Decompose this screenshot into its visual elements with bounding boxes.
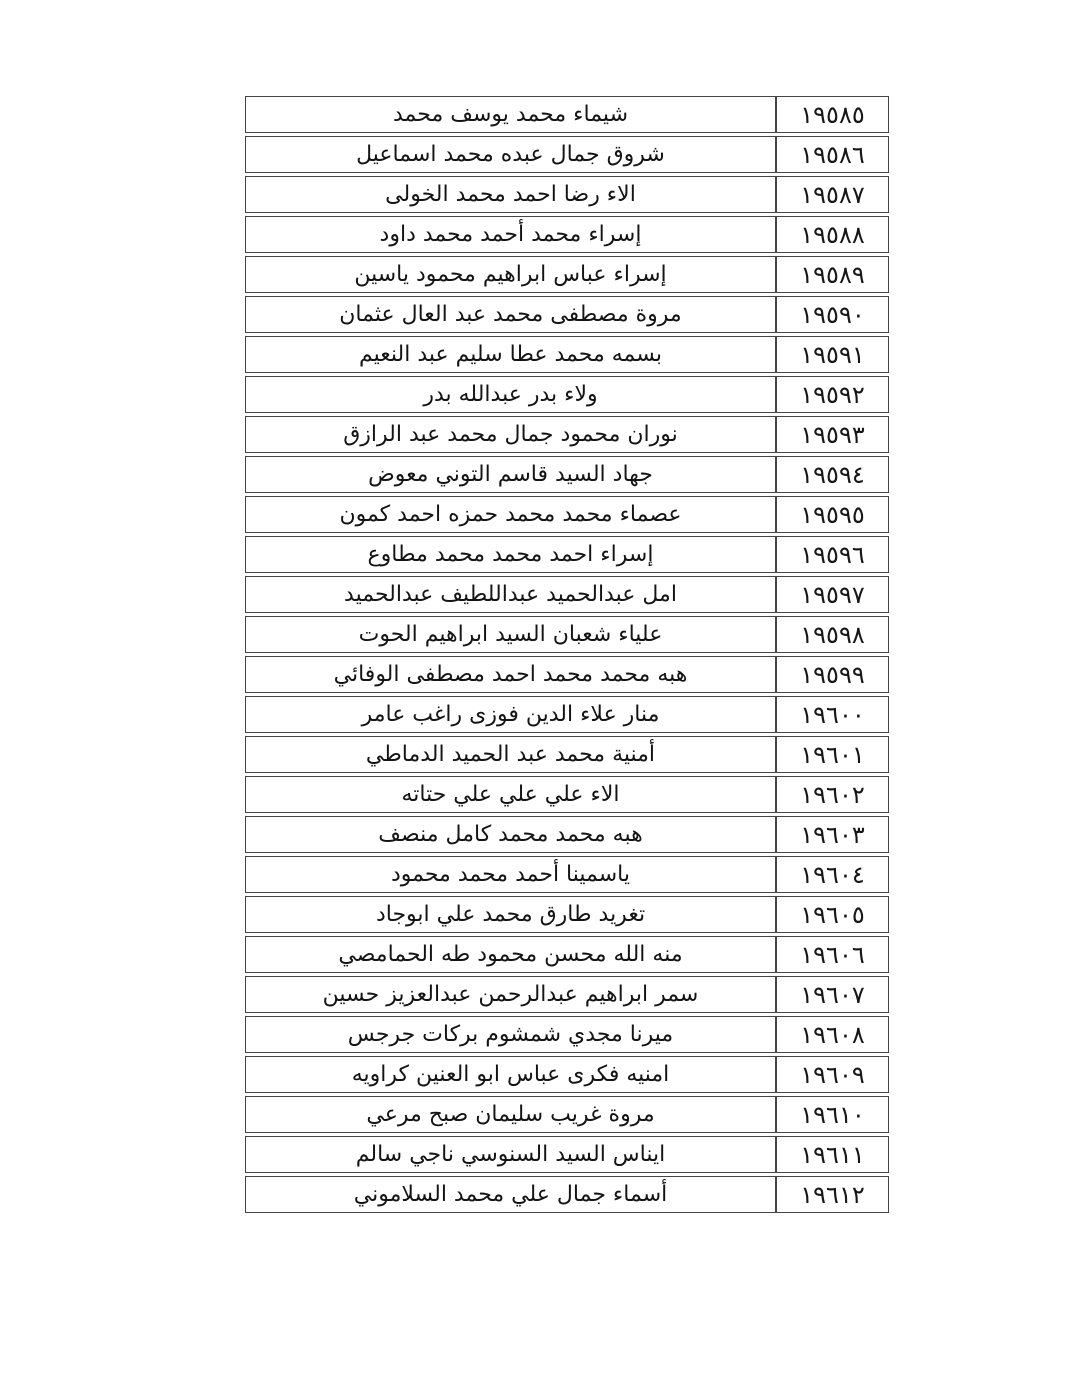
table-row: ١٩٥٩١ بسمه محمد عطا سليم عبد النعيم (245, 336, 889, 373)
serial-cell: ١٩٦٠٥ (776, 896, 889, 933)
serial-cell: ١٩٥٩٤ (776, 456, 889, 493)
table-row: ١٩٦١٠ مروة غريب سليمان صبح مرعي (245, 1096, 889, 1133)
serial-cell: ١٩٦١٠ (776, 1096, 889, 1133)
name-cell: مروة مصطفى محمد عبد العال عثمان (245, 296, 776, 333)
name-cell: هبه محمد محمد كامل منصف (245, 816, 776, 853)
name-cell: عصماء محمد محمد حمزه احمد كمون (245, 496, 776, 533)
table-row: ١٩٥٨٧ الاء رضا احمد محمد الخولى (245, 176, 889, 213)
table-row: ١٩٦٠٦ منه الله محسن محمود طه الحمامصي (245, 936, 889, 973)
serial-cell: ١٩٦٠٨ (776, 1016, 889, 1053)
name-cell: تغريد طارق محمد علي ابوجاد (245, 896, 776, 933)
table-row: ١٩٦٠٨ ميرنا مجدي شمشوم بركات جرجس (245, 1016, 889, 1053)
name-cell: سمر ابراهيم عبدالرحمن عبدالعزيز حسين (245, 976, 776, 1013)
name-cell: إسراء محمد أحمد محمد داود (245, 216, 776, 253)
serial-cell: ١٩٦٠٢ (776, 776, 889, 813)
serial-cell: ١٩٦٠٦ (776, 936, 889, 973)
table-row: ١٩٦١١ ايناس السيد السنوسي ناجي سالم (245, 1136, 889, 1173)
name-cell: شيماء محمد يوسف محمد (245, 96, 776, 133)
table-row: ١٩٥٩٤ جهاد السيد قاسم التوني معوض (245, 456, 889, 493)
table-row: ١٩٦٠٤ ياسمينا أحمد محمد محمود (245, 856, 889, 893)
table-row: ١٩٦٠١ أمنية محمد عبد الحميد الدماطي (245, 736, 889, 773)
serial-cell: ١٩٥٩٨ (776, 616, 889, 653)
serial-cell: ١٩٦٠٧ (776, 976, 889, 1013)
name-cell: منار علاء الدين فوزى راغب عامر (245, 696, 776, 733)
table-row: ١٩٦٠٥ تغريد طارق محمد علي ابوجاد (245, 896, 889, 933)
table-row: ١٩٦٠٢ الاء علي علي علي حتاته (245, 776, 889, 813)
name-cell: إسراء احمد محمد محمد مطاوع (245, 536, 776, 573)
serial-cell: ١٩٥٩٢ (776, 376, 889, 413)
table-row: ١٩٥٨٩ إسراء عباس ابراهيم محمود ياسين (245, 256, 889, 293)
roster-table: ١٩٥٨٥ شيماء محمد يوسف محمد ١٩٥٨٦ شروق جم… (245, 93, 889, 1216)
serial-cell: ١٩٥٨٥ (776, 96, 889, 133)
serial-cell: ١٩٥٩١ (776, 336, 889, 373)
serial-cell: ١٩٦٠٩ (776, 1056, 889, 1093)
table-row: ١٩٥٨٦ شروق جمال عبده محمد اسماعيل (245, 136, 889, 173)
name-cell: مروة غريب سليمان صبح مرعي (245, 1096, 776, 1133)
name-cell: امل عبدالحميد عبداللطيف عبدالحميد (245, 576, 776, 613)
name-cell: الاء رضا احمد محمد الخولى (245, 176, 776, 213)
serial-cell: ١٩٦٠٣ (776, 816, 889, 853)
serial-cell: ١٩٥٩٦ (776, 536, 889, 573)
table-row: ١٩٥٩٦ إسراء احمد محمد محمد مطاوع (245, 536, 889, 573)
table-row: ١٩٥٩٧ امل عبدالحميد عبداللطيف عبدالحميد (245, 576, 889, 613)
name-cell: بسمه محمد عطا سليم عبد النعيم (245, 336, 776, 373)
table-row: ١٩٥٨٨ إسراء محمد أحمد محمد داود (245, 216, 889, 253)
name-cell: إسراء عباس ابراهيم محمود ياسين (245, 256, 776, 293)
table-row: ١٩٥٩٨ علياء شعبان السيد ابراهيم الحوت (245, 616, 889, 653)
table-row: ١٩٦٠٩ امنيه فكرى عباس ابو العنين كراويه (245, 1056, 889, 1093)
serial-cell: ١٩٦١٢ (776, 1176, 889, 1213)
serial-cell: ١٩٦٠١ (776, 736, 889, 773)
name-cell: جهاد السيد قاسم التوني معوض (245, 456, 776, 493)
serial-cell: ١٩٥٨٧ (776, 176, 889, 213)
table-row: ١٩٥٩٩ هبه محمد محمد احمد مصطفى الوفائي (245, 656, 889, 693)
table-row: ١٩٥٩٢ ولاء بدر عبدالله بدر (245, 376, 889, 413)
name-cell: أمنية محمد عبد الحميد الدماطي (245, 736, 776, 773)
serial-cell: ١٩٥٩٥ (776, 496, 889, 533)
table-row: ١٩٦٠٣ هبه محمد محمد كامل منصف (245, 816, 889, 853)
table-row: ١٩٦١٢ أسماء جمال علي محمد السلاموني (245, 1176, 889, 1213)
table-row: ١٩٥٩٠ مروة مصطفى محمد عبد العال عثمان (245, 296, 889, 333)
serial-cell: ١٩٦١١ (776, 1136, 889, 1173)
name-cell: شروق جمال عبده محمد اسماعيل (245, 136, 776, 173)
table-row: ١٩٥٩٣ نوران محمود جمال محمد عبد الرازق (245, 416, 889, 453)
name-cell: أسماء جمال علي محمد السلاموني (245, 1176, 776, 1213)
name-cell: هبه محمد محمد احمد مصطفى الوفائي (245, 656, 776, 693)
name-cell: علياء شعبان السيد ابراهيم الحوت (245, 616, 776, 653)
name-cell: ايناس السيد السنوسي ناجي سالم (245, 1136, 776, 1173)
name-cell: ولاء بدر عبدالله بدر (245, 376, 776, 413)
name-cell: امنيه فكرى عباس ابو العنين كراويه (245, 1056, 776, 1093)
serial-cell: ١٩٥٨٦ (776, 136, 889, 173)
roster-table-body: ١٩٥٨٥ شيماء محمد يوسف محمد ١٩٥٨٦ شروق جم… (245, 96, 889, 1213)
serial-cell: ١٩٥٩٧ (776, 576, 889, 613)
serial-cell: ١٩٥٨٩ (776, 256, 889, 293)
serial-cell: ١٩٥٩٩ (776, 656, 889, 693)
name-cell: ياسمينا أحمد محمد محمود (245, 856, 776, 893)
table-row: ١٩٦٠٠ منار علاء الدين فوزى راغب عامر (245, 696, 889, 733)
serial-cell: ١٩٥٩٣ (776, 416, 889, 453)
serial-cell: ١٩٥٩٠ (776, 296, 889, 333)
serial-cell: ١٩٦٠٠ (776, 696, 889, 733)
serial-cell: ١٩٥٨٨ (776, 216, 889, 253)
table-row: ١٩٦٠٧ سمر ابراهيم عبدالرحمن عبدالعزيز حس… (245, 976, 889, 1013)
table-row: ١٩٥٩٥ عصماء محمد محمد حمزه احمد كمون (245, 496, 889, 533)
serial-cell: ١٩٦٠٤ (776, 856, 889, 893)
name-cell: نوران محمود جمال محمد عبد الرازق (245, 416, 776, 453)
name-cell: ميرنا مجدي شمشوم بركات جرجس (245, 1016, 776, 1053)
name-cell: الاء علي علي علي حتاته (245, 776, 776, 813)
name-cell: منه الله محسن محمود طه الحمامصي (245, 936, 776, 973)
table-row: ١٩٥٨٥ شيماء محمد يوسف محمد (245, 96, 889, 133)
document-page: ١٩٥٨٥ شيماء محمد يوسف محمد ١٩٥٨٦ شروق جم… (0, 0, 1080, 1398)
